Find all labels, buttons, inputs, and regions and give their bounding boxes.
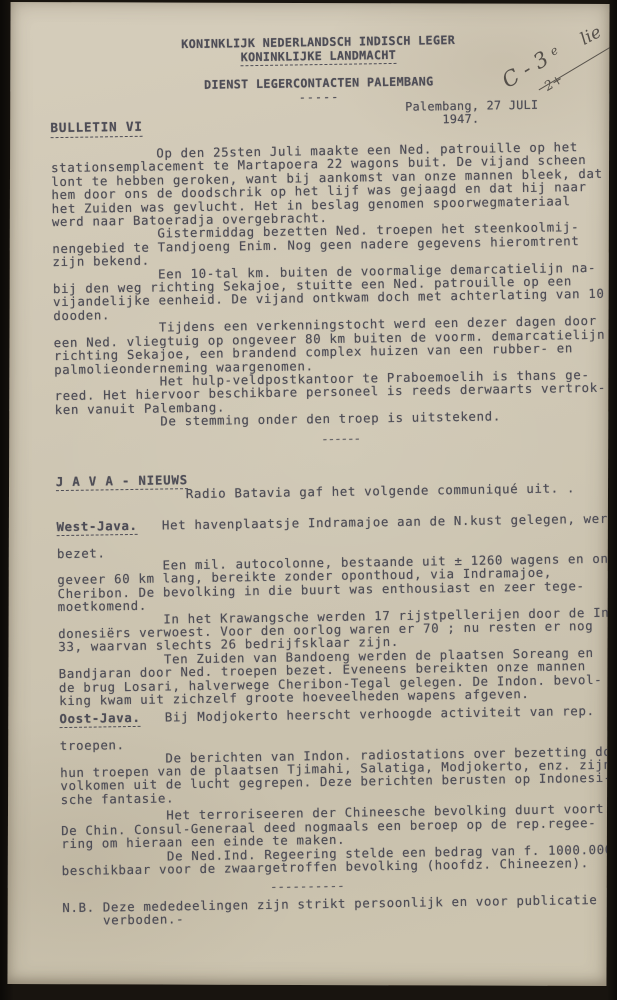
section-divider: ------ [321,427,609,445]
paragraph-bandoeng: Ten Zuiden van Bandoeng werden de plaats… [58,645,609,707]
footer-divider: ---------- [270,875,610,894]
bulletin-body: Op den 25sten Juli maakte een Ned. patro… [51,140,610,928]
document-page: C - 3 e 2+ lie KONINKLIJK NEDERLANDSCH I… [7,2,609,986]
typewritten-content: KONINKLIJK NEDERLANDSCH INDISCH LEGER KO… [49,2,610,928]
paragraph-sekajoe-patrouille: Een 10-tal km. buiten de voormalige dema… [53,260,610,322]
oost-java-label: Oost-Java. [59,710,140,728]
scanned-photo: { "photo": { "frame_color": "#18140f", "… [0,0,617,1000]
paragraph-radiostations: De berichten van Indon. radiostations ov… [60,744,610,806]
letterhead: KONINKLIJK NEDERLANDSCH INDISCH LEGER KO… [49,31,588,108]
paragraph-verkenningstocht: Tijdens een verkenningstocht werd een de… [53,314,609,376]
nota-bene: N.B. Deze mededeelingen zijn strikt pers… [62,892,609,927]
west-java-label: West-Java. [56,518,137,536]
paragraph-martapoera: Op den 25sten Juli maakte een Ned. patro… [51,140,610,229]
org-name-line2: KONINKLIJKE LANDMACHT [241,48,397,66]
dateline: Palembang, 27 JULI 1947. [405,99,539,126]
paragraph-autocolonne: Een mil. autocolonne, bestaande uit ± 12… [57,552,610,614]
